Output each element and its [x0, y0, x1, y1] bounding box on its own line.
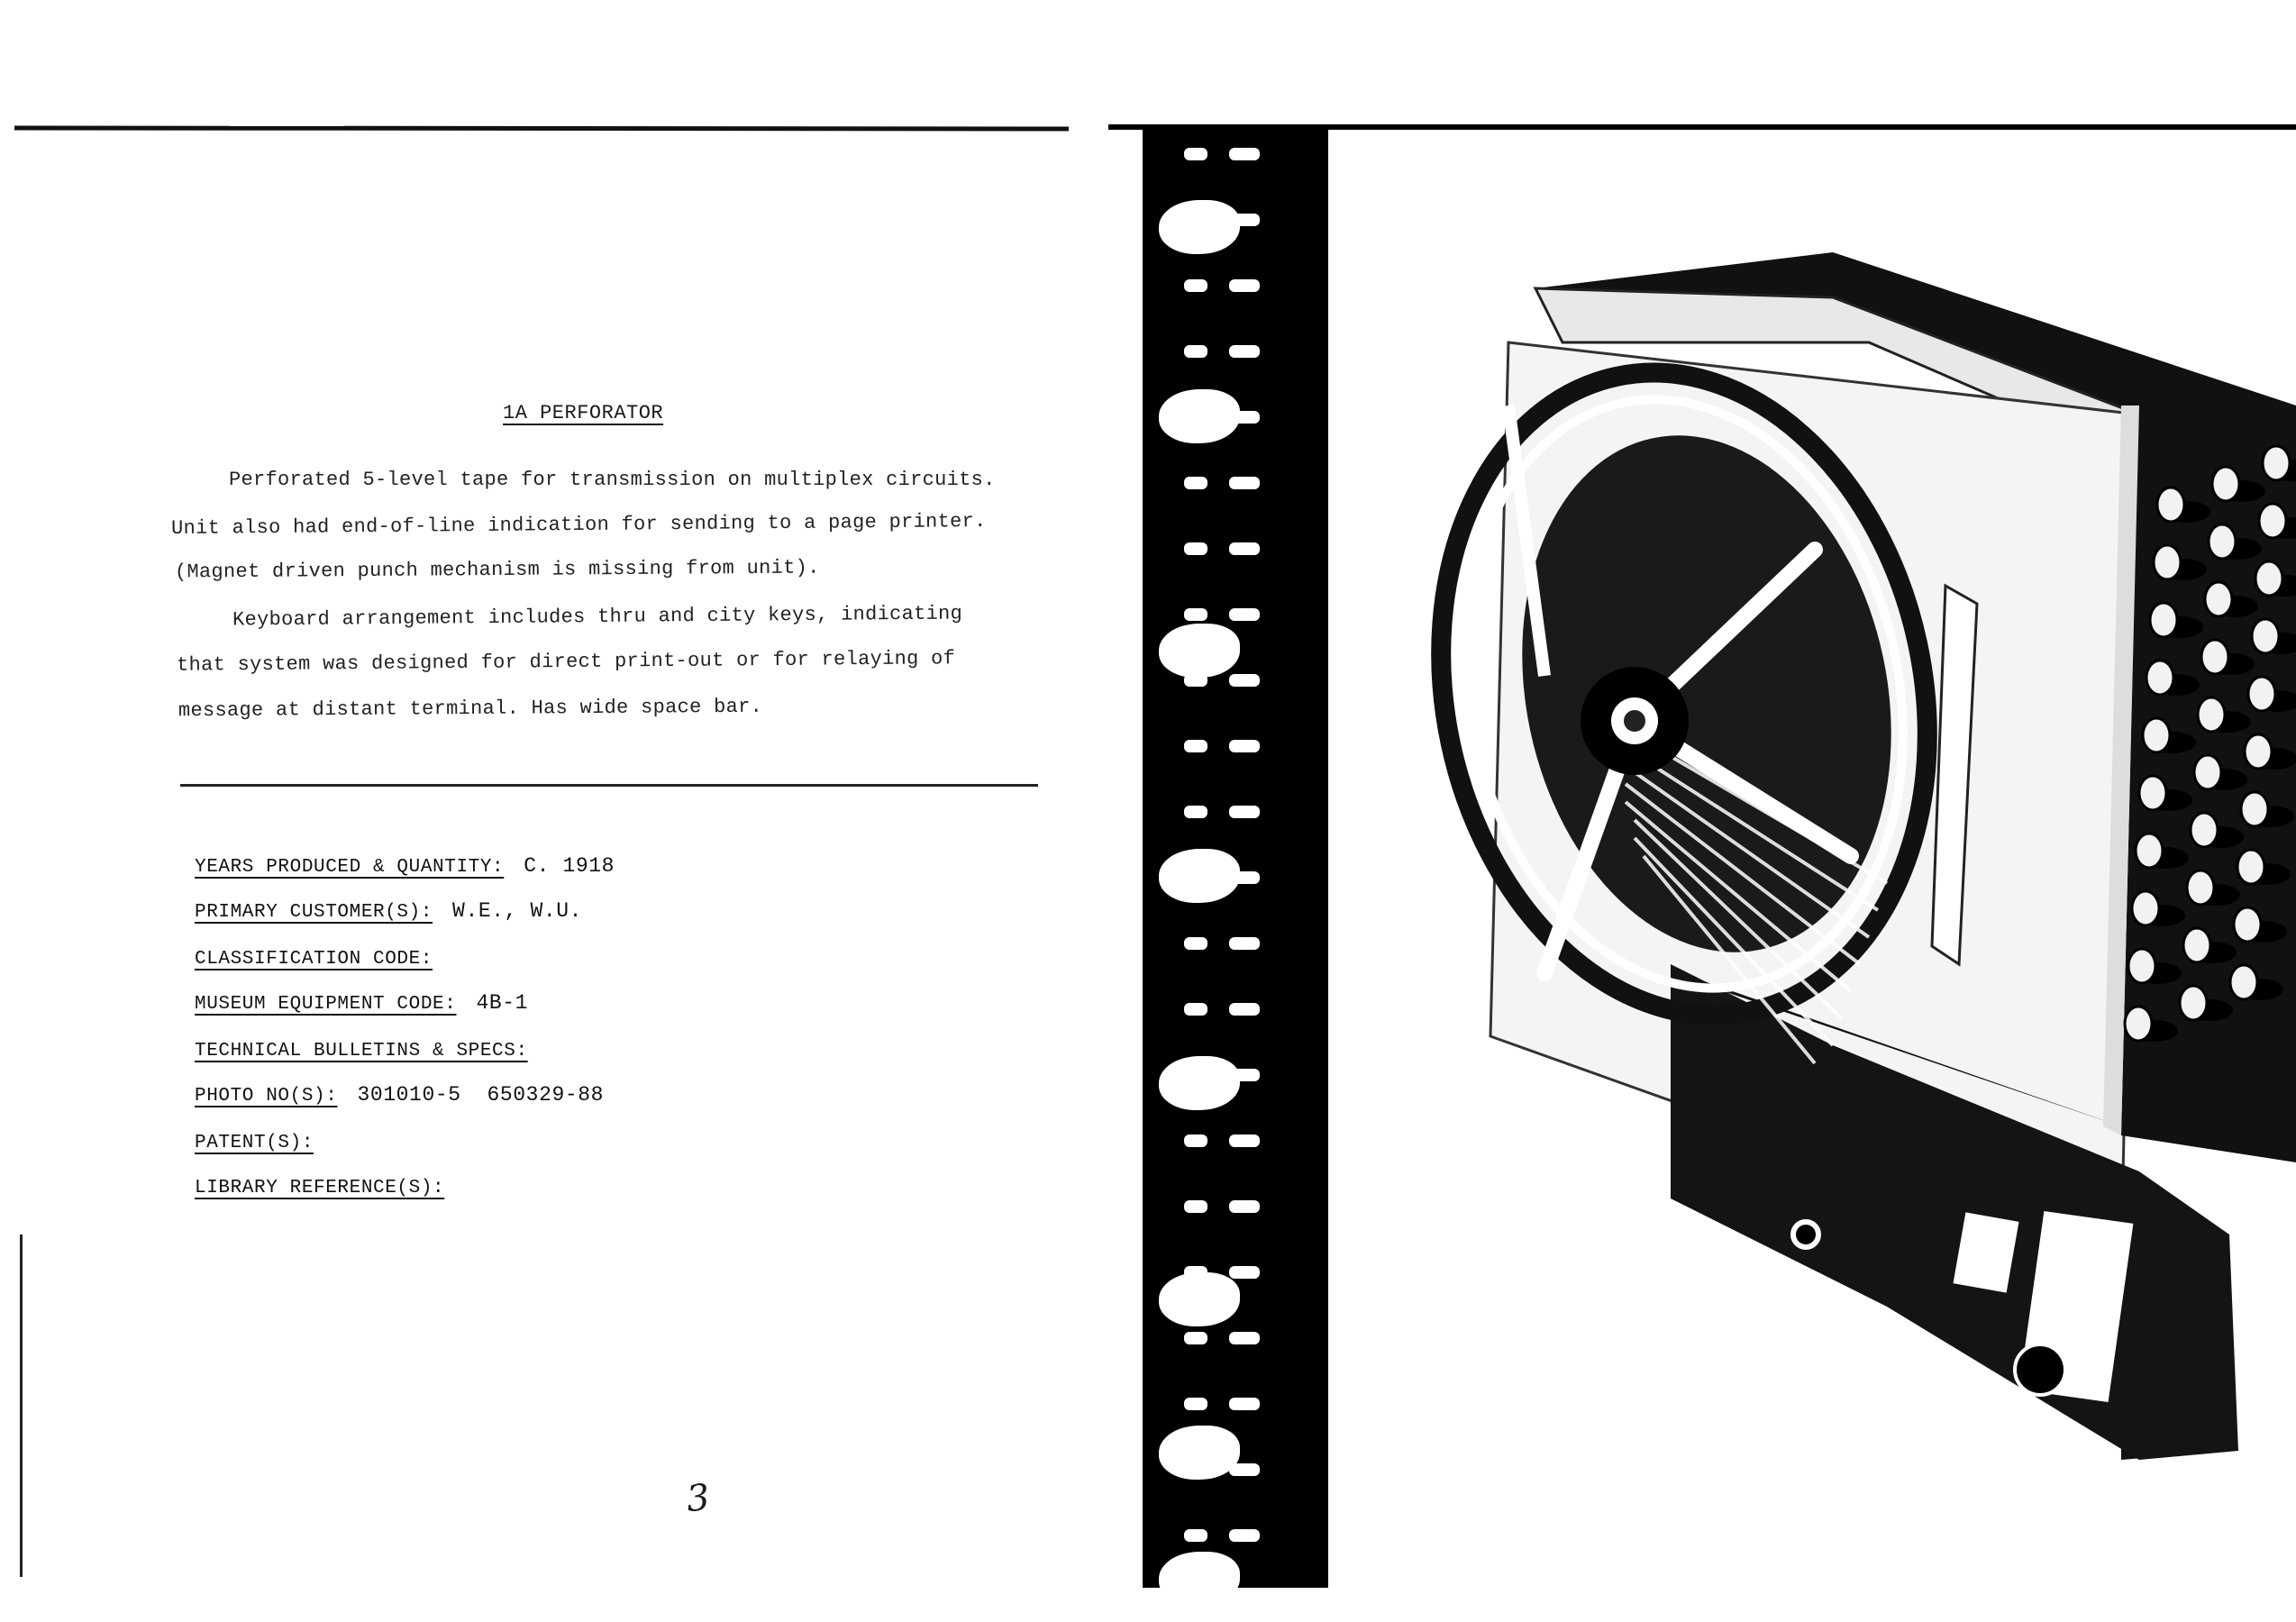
- tape-hole: [1184, 477, 1207, 489]
- keyboard-key-icon: [2146, 661, 2173, 695]
- tape-hole: [1229, 345, 1260, 358]
- keyboard-key-icon: [2212, 467, 2239, 501]
- keyboard-key-icon: [2194, 755, 2221, 789]
- keyboard-key-icon: [2150, 603, 2177, 637]
- tape-hole: [1184, 542, 1207, 555]
- field-technical-bulletins: TECHNICAL BULLETINS & SPECS:: [195, 1038, 548, 1062]
- keyboard-key-icon: [2139, 776, 2166, 810]
- section-divider: [180, 784, 1038, 787]
- tape-blob: [1159, 200, 1240, 254]
- keyboard-key-icon: [2136, 834, 2163, 868]
- tape-hole: [1184, 806, 1207, 818]
- tape-hole: [1184, 1332, 1207, 1344]
- tape-hole: [1184, 345, 1207, 358]
- keyboard-key-icon: [2128, 949, 2155, 983]
- perforator-photo: [1328, 135, 2296, 1613]
- keyboard-key-icon: [2241, 792, 2268, 826]
- keyboard-key-icon: [2157, 488, 2184, 522]
- field-patents: PATENT(S):: [195, 1130, 333, 1153]
- keyboard-key-icon: [2245, 734, 2272, 769]
- keyboard-key-icon: [2132, 891, 2159, 925]
- field-primary-customer: PRIMARY CUSTOMER(S):W.E., W.U.: [195, 899, 582, 923]
- keyboard-key-icon: [2180, 986, 2207, 1020]
- tape-hole: [1229, 806, 1260, 818]
- field-years-produced: YEARS PRODUCED & QUANTITY:C. 1918: [195, 854, 615, 878]
- keyboard-key-icon: [2237, 850, 2264, 884]
- field-value: 301010-5 650329-88: [357, 1083, 604, 1107]
- keyboard-key-icon: [2252, 619, 2279, 653]
- tape-blob: [1159, 1272, 1240, 1326]
- field-value: C. 1918: [524, 854, 615, 878]
- tape-hole: [1184, 1134, 1207, 1147]
- tape-hole: [1229, 279, 1260, 292]
- field-label: MUSEUM EQUIPMENT CODE:: [195, 994, 456, 1015]
- tape-hole: [1184, 1200, 1207, 1213]
- tape-hole: [1229, 674, 1260, 687]
- tape-hole: [1229, 1200, 1260, 1213]
- keyboard-key-icon: [2205, 582, 2232, 616]
- keyboard-key-icon: [2143, 718, 2170, 752]
- page-number: 3: [685, 1477, 712, 1520]
- field-library-references: LIBRARY REFERENCE(S):: [195, 1175, 464, 1198]
- tape-blob: [1159, 624, 1240, 678]
- tape-hole: [1229, 542, 1260, 555]
- tape-hole: [1229, 740, 1260, 752]
- scan-edge-mark: [20, 1235, 23, 1577]
- tape-hole: [1229, 608, 1260, 621]
- tape-hole: [1229, 148, 1260, 160]
- keyboard-key-icon: [2255, 561, 2282, 596]
- description-line: (Magnet driven punch mechanism is missin…: [175, 557, 820, 584]
- field-label: PATENT(S):: [195, 1133, 314, 1153]
- keyboard-key-icon: [2234, 907, 2261, 942]
- field-label: CLASSIFICATION CODE:: [195, 949, 433, 970]
- tape-hole: [1229, 1529, 1260, 1542]
- tape-hole: [1184, 1003, 1207, 1016]
- description-line: Unit also had end-of-line indication for…: [171, 510, 987, 540]
- tape-hole: [1229, 1266, 1260, 1279]
- keyboard-key-icon: [2198, 697, 2225, 732]
- keyboard-key-icon: [2154, 545, 2181, 579]
- field-value: W.E., W.U.: [452, 899, 582, 923]
- field-label: LIBRARY REFERENCE(S):: [195, 1178, 444, 1198]
- keyboard-key-icon: [2259, 504, 2286, 538]
- tape-blob: [1159, 389, 1240, 443]
- field-classification-code: CLASSIFICATION CODE:: [195, 946, 452, 970]
- tape-hole: [1184, 1398, 1207, 1410]
- keyboard-key-icon: [2183, 928, 2210, 962]
- field-label: YEARS PRODUCED & QUANTITY:: [195, 857, 504, 878]
- tape-hole: [1184, 279, 1207, 292]
- keyboard-key-icon: [2209, 524, 2236, 559]
- tape-hole: [1184, 1529, 1207, 1542]
- tape-hole: [1184, 608, 1207, 621]
- field-photo-numbers: PHOTO NO(S):301010-5 650329-88: [195, 1083, 604, 1107]
- description-line: Perforated 5-level tape for transmission…: [229, 469, 996, 491]
- tape-hole: [1229, 1398, 1260, 1410]
- film-strip-image: [1143, 128, 1328, 1588]
- tape-hole: [1229, 1332, 1260, 1344]
- tape-hole: [1229, 477, 1260, 489]
- keyboard-key-icon: [2201, 640, 2228, 674]
- field-label: TECHNICAL BULLETINS & SPECS:: [195, 1041, 528, 1062]
- keyboard-key-icon: [2230, 965, 2257, 999]
- description-line: Keyboard arrangement includes thru and c…: [232, 602, 962, 631]
- tape-hole: [1229, 937, 1260, 950]
- field-label: PRIMARY CUSTOMER(S):: [195, 902, 433, 923]
- tape-blob: [1159, 1056, 1240, 1110]
- top-rule-left: [14, 125, 1069, 131]
- tape-hole: [1184, 148, 1207, 160]
- tape-hole: [1229, 1134, 1260, 1147]
- keyboard-key-icon: [2187, 870, 2214, 905]
- tape-hole: [1184, 740, 1207, 752]
- perforator-illustration: [1328, 135, 2296, 1613]
- field-label: PHOTO NO(S):: [195, 1086, 337, 1107]
- description-line: message at distant terminal. Has wide sp…: [178, 696, 762, 723]
- field-museum-equipment-code: MUSEUM EQUIPMENT CODE:4B-1: [195, 991, 528, 1015]
- keyboard-key-icon: [2263, 446, 2290, 480]
- description-line: that system was designed for direct prin…: [177, 647, 955, 677]
- keyboard-key-icon: [2191, 813, 2218, 847]
- keyboard-key-icon: [2125, 1007, 2152, 1041]
- field-value: 4B-1: [476, 991, 528, 1015]
- keyboard-key-icon: [2248, 677, 2275, 711]
- tape-blob: [1159, 849, 1240, 903]
- tape-blob: [1159, 1552, 1240, 1606]
- tape-blob: [1159, 1426, 1240, 1480]
- tape-hole: [1229, 1003, 1260, 1016]
- tape-hole: [1184, 937, 1207, 950]
- document-title: 1A PERFORATOR: [503, 402, 663, 424]
